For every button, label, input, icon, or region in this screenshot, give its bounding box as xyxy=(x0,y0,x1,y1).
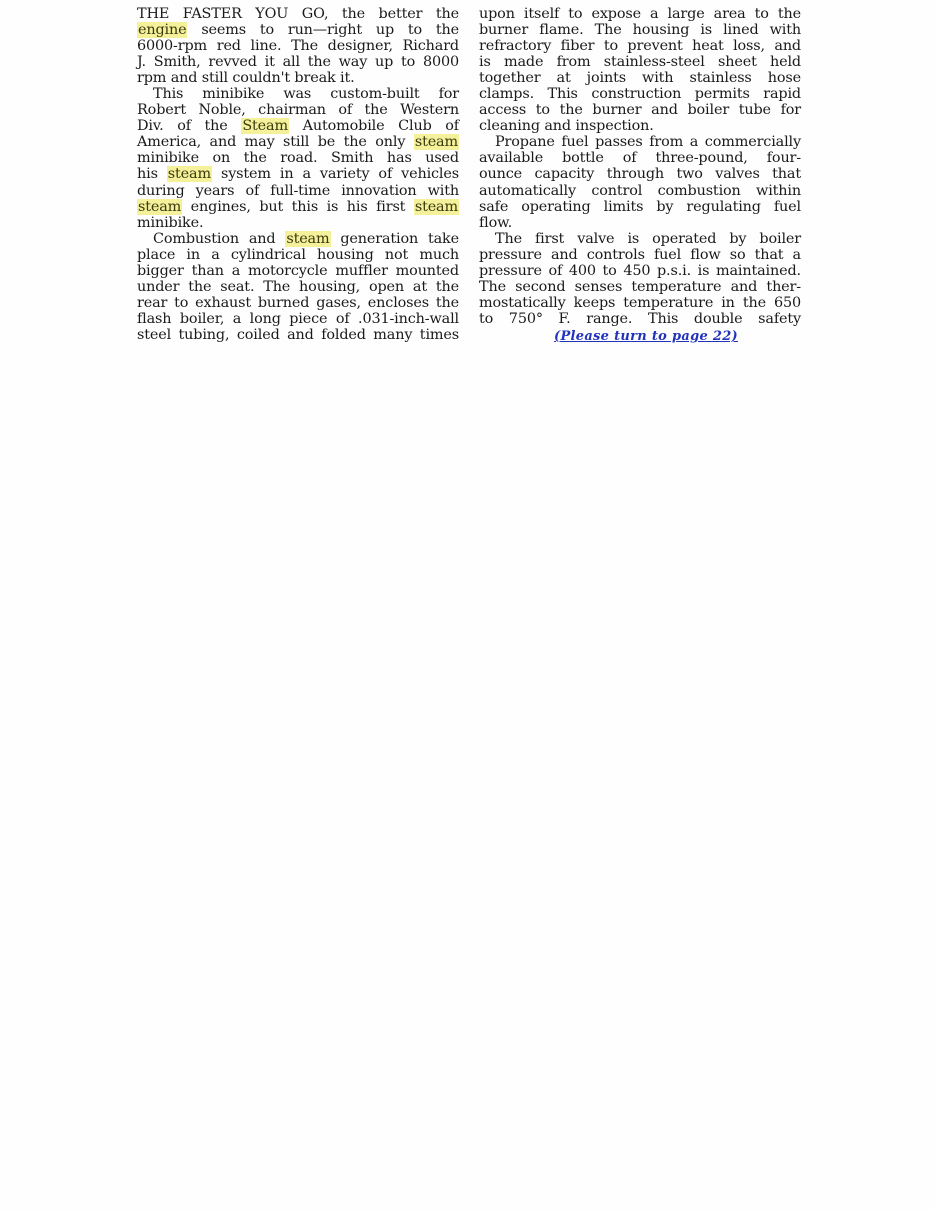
text-segment: his xyxy=(137,166,167,182)
continued-on-page-link[interactable]: (Please turn to page 22) xyxy=(554,329,738,344)
text-line: The second senses temperature and ther- xyxy=(479,279,801,295)
text-line: flash boiler, a long piece of .031-inch-… xyxy=(137,311,459,327)
search-highlight: steam xyxy=(414,199,459,215)
text-line: is made from stainless-steel sheet held xyxy=(479,54,801,70)
text-segment: America, and may still be the only xyxy=(137,134,414,150)
text-segment: Combustion and xyxy=(153,231,285,247)
text-line: refractory fiber to prevent heat loss, a… xyxy=(479,38,801,54)
search-highlight: steam xyxy=(285,231,330,247)
text-line: upon itself to expose a large area to th… xyxy=(479,6,801,22)
text-segment: engines, but this is his first xyxy=(182,199,414,215)
text-segment: Div. of the xyxy=(137,118,241,134)
text-line: safe operating limits by regulating fuel xyxy=(479,199,801,215)
text-line: 6000-rpm red line. The designer, Richard xyxy=(137,38,459,54)
text-segment: Automobile Club of xyxy=(289,118,459,134)
text-line: flow. xyxy=(479,215,801,231)
document-page: THE FASTER YOU GO, the better the engine… xyxy=(0,0,935,1210)
text-line: Div. of the Steam Automobile Club of xyxy=(137,118,459,134)
text-line: steam engines, but this is his first ste… xyxy=(137,199,459,215)
text-line: The first valve is operated by boiler xyxy=(479,231,801,247)
text-line: access to the burner and boiler tube for xyxy=(479,102,801,118)
text-line: burner flame. The housing is lined with xyxy=(479,22,801,38)
search-highlight: steam xyxy=(414,134,459,150)
text-line: Robert Noble, chairman of the Western xyxy=(137,102,459,118)
text-line: steel tubing, coiled and folded many tim… xyxy=(137,327,459,343)
text-line: Propane fuel passes from a commercially xyxy=(479,134,801,150)
search-highlight: engine xyxy=(137,22,187,38)
text-line: rear to exhaust burned gases, encloses t… xyxy=(137,295,459,311)
search-highlight: Steam xyxy=(241,118,289,134)
text-line: together at joints with stainless hose xyxy=(479,70,801,86)
search-highlight: steam xyxy=(167,166,212,182)
text-line: available bottle of three-pound, four- xyxy=(479,150,801,166)
text-segment: system in a variety of vehicles xyxy=(212,166,459,182)
text-line: pressure and controls fuel flow so that … xyxy=(479,247,801,263)
text-line: THE FASTER YOU GO, the better the xyxy=(137,6,459,22)
text-line: J. Smith, revved it all the way up to 80… xyxy=(137,54,459,70)
text-line: pressure of 400 to 450 p.s.i. is maintai… xyxy=(479,263,801,279)
text-line: rpm and still couldn't break it. xyxy=(137,70,459,86)
text-line: ounce capacity through two valves that xyxy=(479,166,801,182)
text-line: bigger than a motorcycle muffler mounted xyxy=(137,263,459,279)
text-line: cleaning and inspection. xyxy=(479,118,801,134)
text-line: place in a cylindrical housing not much xyxy=(137,247,459,263)
text-line: minibike. xyxy=(137,215,459,231)
text-line: to 750° F. range. This double safety xyxy=(479,311,801,327)
text-line: mostatically keeps temperature in the 65… xyxy=(479,295,801,311)
text-segment: generation take xyxy=(331,231,460,247)
right-text-column: upon itself to expose a large area to th… xyxy=(479,6,801,327)
text-line: his steam system in a variety of vehicle… xyxy=(137,166,459,182)
text-line: America, and may still be the only steam xyxy=(137,134,459,150)
text-line: during years of full-time innovation wit… xyxy=(137,183,459,199)
text-line: minibike on the road. Smith has used xyxy=(137,150,459,166)
text-line: Combustion and steam generation take xyxy=(137,231,459,247)
text-line: engine seems to run—right up to the xyxy=(137,22,459,38)
left-text-column: THE FASTER YOU GO, the better the engine… xyxy=(137,6,459,343)
text-line: This minibike was custom-built for xyxy=(137,86,459,102)
text-line: under the seat. The housing, open at the xyxy=(137,279,459,295)
text-segment: seems to run—right up to the xyxy=(187,22,459,38)
search-highlight: steam xyxy=(137,199,182,215)
text-line: clamps. This construction permits rapid xyxy=(479,86,801,102)
text-line: automatically control combustion within xyxy=(479,183,801,199)
